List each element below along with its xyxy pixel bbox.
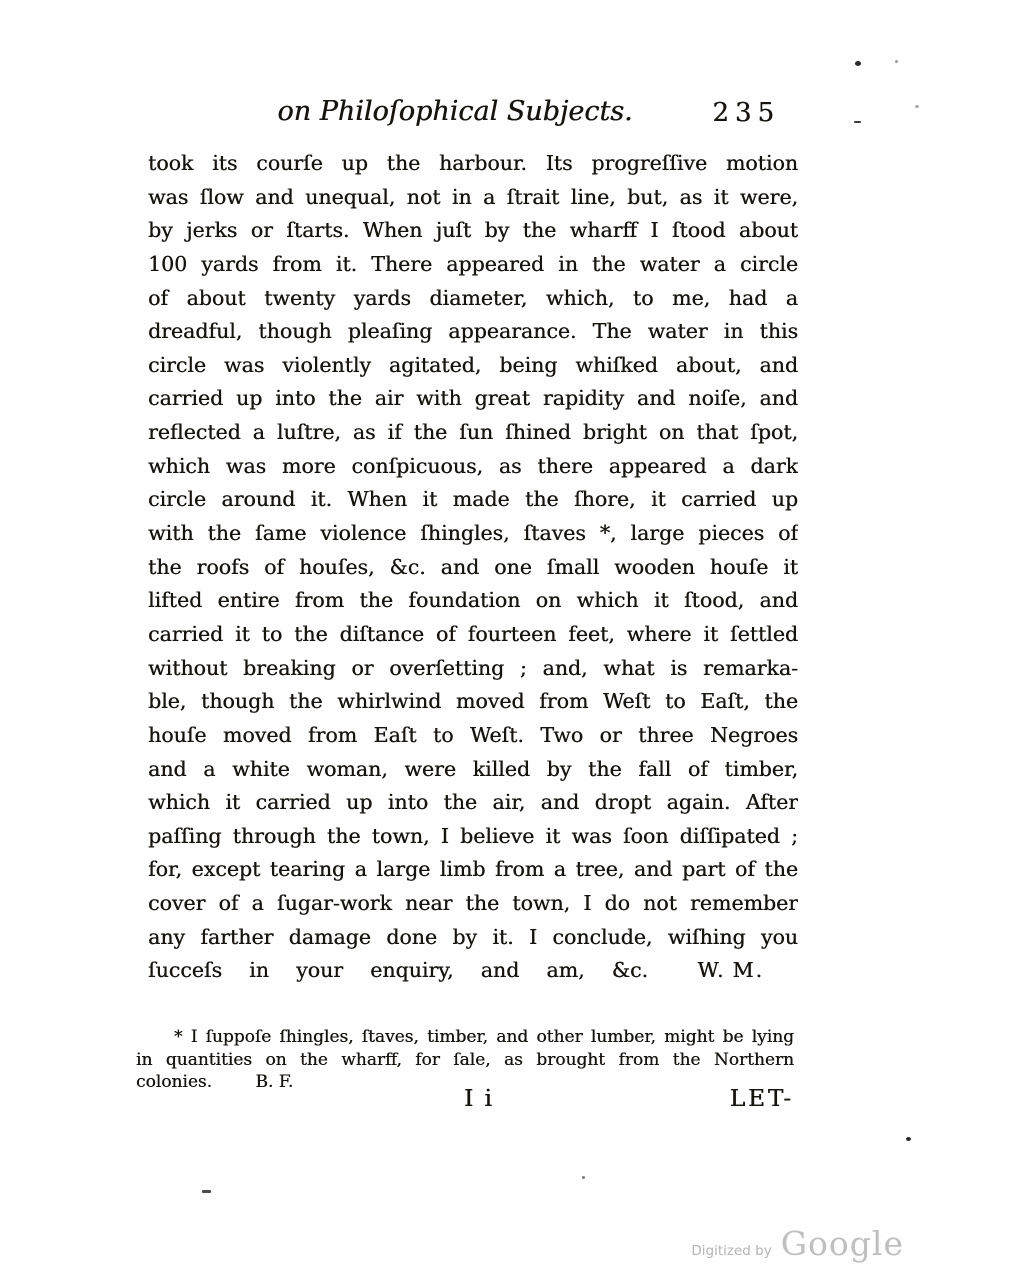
body-line: dreadful, though pleaſing appearance. Th… bbox=[148, 319, 798, 353]
footnote-line: in quantities on the wharff, for ſale, a… bbox=[136, 1049, 794, 1072]
body-line: by jerks or ſtarts. When juſt by the wha… bbox=[148, 218, 798, 252]
google-logo: Google bbox=[781, 1224, 904, 1263]
catchword-line: I i LET- bbox=[148, 1086, 798, 1116]
scan-speck bbox=[915, 105, 919, 108]
running-title: on Philoſophical Subjects. bbox=[277, 96, 632, 127]
scan-speck bbox=[906, 1137, 911, 1141]
body-line: any farther damage done by it. I conclud… bbox=[148, 925, 798, 959]
scan-speck bbox=[895, 60, 898, 63]
body-line: with the ſame violence ſhingles, ſtaves … bbox=[148, 521, 798, 555]
google-watermark: Digitized by Google bbox=[691, 1224, 904, 1263]
scan-speck bbox=[854, 121, 861, 123]
body-line: for, except tearing a large limb from a … bbox=[148, 857, 798, 891]
book-page-scan: on Philoſophical Subjects. 235 took its … bbox=[0, 0, 1014, 1282]
body-line: houſe moved from Eaſt to Weſt. Two or th… bbox=[148, 723, 798, 757]
scan-speck bbox=[202, 1190, 211, 1193]
catchword: LET- bbox=[730, 1086, 794, 1112]
letter-body: took its courſe up the harbour. Its prog… bbox=[148, 151, 798, 992]
scan-speck bbox=[855, 61, 861, 66]
body-line: ble, though the whirlwind moved from Weſ… bbox=[148, 689, 798, 723]
body-line: was ſlow and unequal, not in a ſtrait li… bbox=[148, 185, 798, 219]
body-line: which was more conſpicuous, as there app… bbox=[148, 454, 798, 488]
closing-line: ſucceſs in your enquiry, and am, &c. W. … bbox=[148, 958, 798, 992]
body-line: the roofs of houſes, &c. and one ſmall w… bbox=[148, 555, 798, 589]
signature-mark: I i bbox=[464, 1086, 494, 1112]
body-line: of about twenty yards diameter, which, t… bbox=[148, 286, 798, 320]
body-line: paſſing through the town, I believe it w… bbox=[148, 824, 798, 858]
body-line: reflected a luſtre, as if the ſun ſhined… bbox=[148, 420, 798, 454]
body-line: without breaking or overſetting ; and, w… bbox=[148, 656, 798, 690]
body-line: carried up into the air with great rapid… bbox=[148, 386, 798, 420]
footnote-line: * I ſuppoſe ſhingles, ſtaves, timber, an… bbox=[136, 1026, 794, 1049]
footnote: * I ſuppoſe ſhingles, ſtaves, timber, an… bbox=[136, 1026, 794, 1094]
body-line: circle around it. When it made the ſhore… bbox=[148, 487, 798, 521]
scan-speck bbox=[582, 1176, 585, 1179]
body-line: carried it to the diſtance of fourteen f… bbox=[148, 622, 798, 656]
body-line: lifted entire from the foundation on whi… bbox=[148, 588, 798, 622]
page-number: 235 bbox=[712, 98, 780, 128]
body-line: 100 yards from it. There appeared in the… bbox=[148, 252, 798, 286]
author-initials: W. M. bbox=[697, 958, 798, 992]
body-line: which it carried up into the air, and dr… bbox=[148, 790, 798, 824]
digitized-by-label: Digitized by bbox=[691, 1243, 771, 1259]
body-line: took its courſe up the harbour. Its prog… bbox=[148, 151, 798, 185]
body-line: cover of a ſugar-work near the town, I d… bbox=[148, 891, 798, 925]
body-line: circle was violently agitated, being whi… bbox=[148, 353, 798, 387]
closing-text: ſucceſs in your enquiry, and am, &c. bbox=[148, 958, 648, 992]
body-line: and a white woman, were killed by the fa… bbox=[148, 757, 798, 791]
page-header: on Philoſophical Subjects. 235 bbox=[148, 96, 798, 138]
